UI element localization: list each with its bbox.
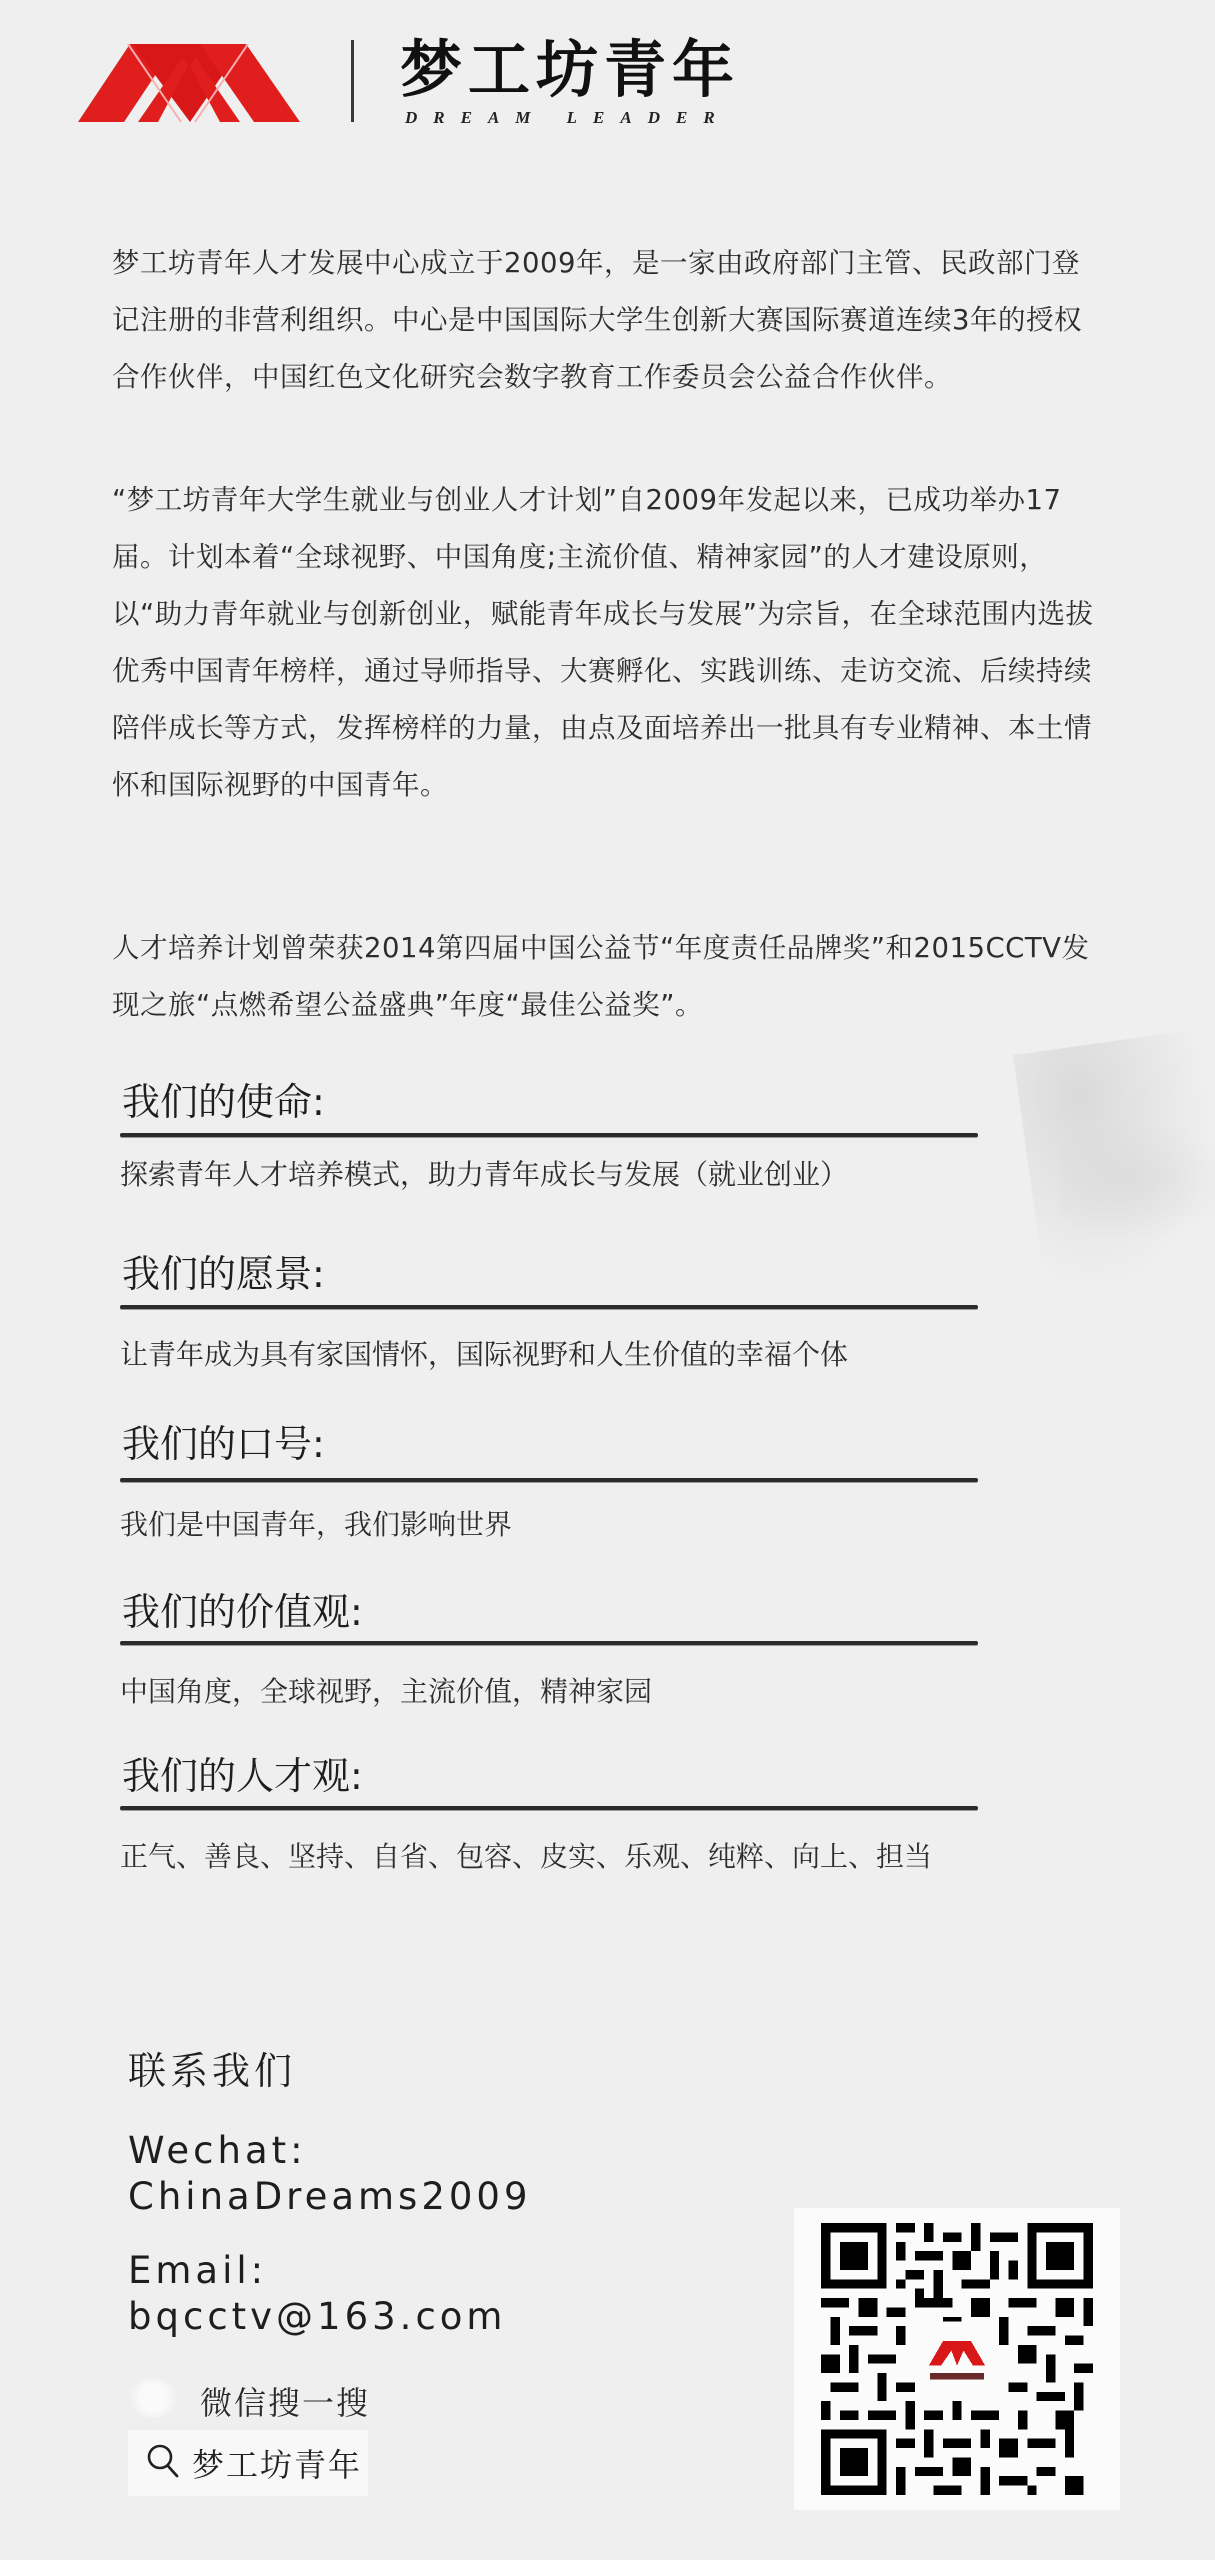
- logo-divider: [351, 40, 354, 122]
- email-address[interactable]: bqcctv@163.com: [128, 2294, 506, 2340]
- slogan-text: 我们是中国青年，我们影响世界: [120, 1500, 1020, 1550]
- talent-view-text: 正气、善良、坚持、自省、包容、皮实、乐观、纯粹、向上、担当: [120, 1832, 940, 1882]
- brand-name: 梦工坊青年: [400, 34, 740, 106]
- contact-heading: 联系我们: [128, 2040, 296, 2095]
- wechat-id[interactable]: ChinaDreams2009: [128, 2174, 532, 2220]
- intro-paragraph-3: 人才培养计划曾荣获2014第四届中国公益节“年度责任品牌奖”和2015CCTV发…: [112, 920, 1102, 1034]
- talent-view-heading: 我们的人才观:: [122, 1752, 363, 1800]
- intro-paragraph-1: 梦工坊青年人才发展中心成立于2009年，是一家由政府部门主管、民政部门登记注册的…: [112, 235, 1102, 406]
- wechat-search-box[interactable]: 梦工坊青年: [128, 2430, 368, 2496]
- vision-divider: [120, 1305, 978, 1309]
- talent-view-divider: [120, 1806, 978, 1810]
- mission-divider: [120, 1133, 978, 1137]
- brand-logo-mark: [78, 44, 300, 124]
- vision-heading: 我们的愿景:: [122, 1250, 325, 1298]
- vision-text: 让青年成为具有家国情怀，国际视野和人生价值的幸福个体: [120, 1330, 1020, 1380]
- wechat-label: Wechat:: [128, 2128, 307, 2174]
- wechat-search-logo-icon: [128, 2378, 178, 2418]
- mission-heading: 我们的使命:: [122, 1078, 325, 1126]
- values-divider: [120, 1641, 978, 1645]
- ink-wash-decoration-2: [1060, 1120, 1215, 1240]
- slogan-divider: [120, 1478, 978, 1482]
- mission-text: 探索青年人才培养模式，助力青年成长与发展（就业创业）: [120, 1150, 1020, 1200]
- wechat-qr-code[interactable]: [794, 2208, 1120, 2510]
- slogan-heading: 我们的口号:: [122, 1420, 325, 1468]
- email-label: Email:: [128, 2248, 267, 2294]
- search-query: 梦工坊青年: [192, 2440, 362, 2486]
- qr-code-icon: [821, 2223, 1093, 2495]
- wechat-search-hint: 微信搜一搜: [200, 2378, 370, 2424]
- values-text: 中国角度，全球视野，主流价值，精神家园: [120, 1667, 1020, 1717]
- search-icon: [146, 2443, 180, 2483]
- values-heading: 我们的价值观:: [122, 1588, 363, 1636]
- brand-tagline: DREAM LEADER: [405, 108, 731, 128]
- intro-paragraph-2: “梦工坊青年大学生就业与创业人才计划”自2009年发起以来，已成功举办17届。计…: [112, 472, 1102, 814]
